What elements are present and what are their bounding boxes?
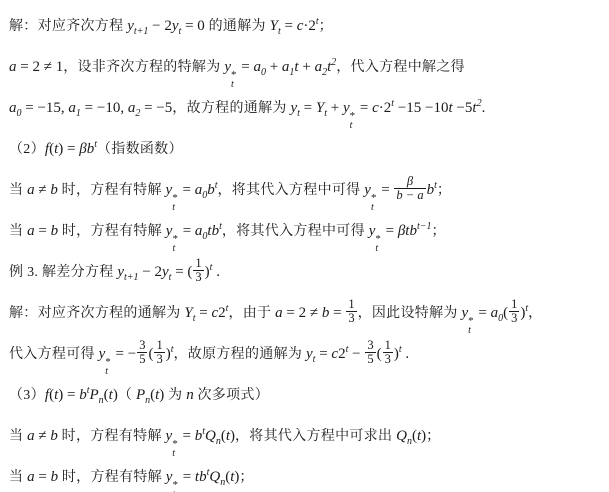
math-normal: ) =: [58, 387, 79, 403]
cjk-text: 时，方程有特解: [58, 183, 166, 198]
math-italic: a: [68, 100, 76, 116]
math-italic: y: [166, 182, 173, 198]
fraction: 13: [346, 298, 356, 325]
cjk-text: ，代入方程中解之得: [336, 60, 465, 75]
math-italic: b: [427, 182, 435, 198]
cjk-text: 当: [9, 429, 27, 444]
math-italic: Y: [184, 305, 192, 321]
text-line: 例 3. 解差分方程 yt+1 − 2yt = (13)t .: [9, 247, 603, 288]
math-italic: n: [186, 387, 194, 403]
math-italic: y: [99, 346, 106, 362]
math-italic: a: [275, 305, 283, 321]
math-normal: = 2 ≠ 1: [17, 59, 64, 75]
fraction-denominator: 3: [346, 311, 356, 325]
cjk-text: ，: [528, 306, 542, 321]
math-italic: y: [166, 469, 173, 485]
fraction-denominator: 3: [383, 352, 393, 366]
text-line: 解：对应齐次方程的通解为 Yt = c2t，由于 a = 2 ≠ b = 13，…: [9, 288, 603, 329]
math-italic: P: [90, 387, 99, 403]
math-italic: βb: [79, 141, 94, 157]
cjk-text: 的通解为: [205, 19, 270, 34]
cjk-text: 当: [9, 224, 27, 239]
fraction-denominator: b − a: [394, 188, 425, 202]
sub-index: t: [468, 326, 471, 336]
fraction-numerator: 3: [365, 339, 375, 352]
fraction: βb − a: [394, 175, 425, 202]
math-italic: y: [162, 264, 169, 280]
cjk-text: ；: [319, 19, 333, 34]
fraction-numerator: 1: [154, 339, 164, 352]
fraction-denominator: 3: [154, 352, 164, 366]
math-normal: ≠: [35, 182, 51, 198]
math-normal: =: [237, 59, 253, 75]
math-italic: c: [372, 100, 379, 116]
fraction-numerator: 1: [383, 339, 393, 352]
math-normal: − 2: [139, 264, 162, 280]
fraction: 13: [193, 257, 203, 284]
fraction: 13: [509, 298, 519, 325]
cjk-text: 时，方程有特解: [58, 224, 166, 239]
cjk-text: ；: [239, 470, 253, 485]
cjk-text: ；: [426, 429, 440, 444]
math-normal: 2: [218, 305, 226, 321]
math-normal: =: [35, 469, 51, 485]
cjk-text: 时，方程有特解: [58, 470, 166, 485]
math-normal: =: [377, 182, 393, 198]
cjk-text: 时，方程有特解: [58, 429, 166, 444]
math-normal: =: [315, 346, 331, 362]
math-italic: a: [9, 59, 17, 75]
cjk-text: 次多项式）: [194, 388, 269, 403]
document-body: 解：对应齐次方程 yt+1 − 2yt = 0 的通解为 Yt = c·2t；a…: [0, 0, 609, 492]
text-line: 当 a ≠ b 时，方程有特解 y*t = a0bt，将其代入方程中可得 y*t…: [9, 165, 603, 206]
cjk-text: ，故原方程的通解为: [173, 347, 306, 362]
math-italic: tb: [195, 469, 207, 485]
text-line: 当 a ≠ b 时，方程有特解 y*t = btQn(t)，将其代入方程中可求出…: [9, 411, 603, 452]
text-line: 当 a = b 时，方程有特解 y*t = a0tbt，将其代入方程中可得 y*…: [9, 206, 603, 247]
math-italic: Q: [209, 469, 220, 485]
cjk-text: ；: [437, 183, 451, 198]
math-italic: a: [315, 59, 323, 75]
math-normal: .: [212, 264, 220, 280]
cjk-text: （: [118, 388, 136, 403]
math-italic: y: [343, 100, 350, 116]
math-normal: =: [300, 100, 316, 116]
fraction-numerator: 1: [193, 257, 203, 270]
math-normal: .: [482, 100, 486, 116]
cjk-text: ，因此设特解为: [358, 306, 462, 321]
math-italic: a: [27, 223, 35, 239]
math-normal: =: [179, 469, 195, 485]
math-normal: =: [475, 305, 491, 321]
math-normal: −15 −10: [394, 100, 448, 116]
math-normal: ·2: [379, 100, 392, 116]
math-italic: y: [369, 223, 376, 239]
math-italic: a: [27, 182, 35, 198]
math-italic: a: [253, 59, 261, 75]
math-italic: b: [51, 223, 59, 239]
text-line: （3）f(t) = btPn(t)（ Pn(t) 为 n 次多项式）: [9, 370, 603, 411]
math-italic: P: [136, 387, 145, 403]
cjk-text: ，将其代入方程中可求出: [235, 429, 396, 444]
math-normal: (: [148, 346, 153, 362]
math-normal: +: [266, 59, 282, 75]
fraction-numerator: β: [405, 175, 415, 188]
math-normal: = −15,: [22, 100, 69, 116]
math-italic: y: [166, 223, 173, 239]
math-italic: b: [79, 387, 87, 403]
math-italic: y: [224, 59, 231, 75]
math-normal: =: [382, 223, 398, 239]
math-italic: Q: [205, 428, 216, 444]
math-normal: (: [377, 346, 382, 362]
fraction-numerator: 1: [346, 298, 356, 311]
text-line: 解：对应齐次方程 yt+1 − 2yt = 0 的通解为 Yt = c·2t；: [9, 1, 603, 42]
math-italic: b: [50, 428, 58, 444]
math-italic: a: [27, 428, 35, 444]
math-normal: +: [327, 100, 343, 116]
cjk-text: 当: [9, 470, 27, 485]
math-italic: b: [207, 182, 215, 198]
superscript: t−1: [417, 221, 432, 232]
fraction-denominator: 3: [509, 311, 519, 325]
cjk-text: 例 3. 解差分方程: [9, 265, 117, 280]
math-normal: =: [329, 305, 345, 321]
sup-sub-stack: *t: [375, 234, 381, 254]
cjk-text: 解：对应齐次方程的通解为: [9, 306, 184, 321]
math-normal: =: [356, 100, 372, 116]
math-italic: y: [172, 18, 179, 34]
cjk-text: ，故方程的通解为: [172, 101, 290, 116]
math-italic: βtb: [398, 223, 417, 239]
math-italic: Y: [270, 18, 278, 34]
cjk-text: 为: [164, 388, 186, 403]
text-line: a = 2 ≠ 1，设非齐次方程的特解为 y*t = a0 + a1t + a2…: [9, 42, 603, 83]
math-italic: y: [166, 428, 173, 444]
cjk-text: ，设非齐次方程的特解为: [63, 60, 224, 75]
math-normal: = −: [112, 346, 136, 362]
math-normal: =: [179, 223, 195, 239]
math-normal: − 2: [148, 18, 171, 34]
fraction-denominator: 5: [137, 352, 147, 366]
math-normal: 2: [338, 346, 346, 362]
sup-sub-stack: *t: [468, 316, 474, 336]
math-italic: a: [491, 305, 499, 321]
math-italic: a: [27, 469, 35, 485]
math-italic: Q: [396, 428, 407, 444]
fraction-denominator: 5: [365, 352, 375, 366]
cjk-text: 解：对应齐次方程: [9, 19, 127, 34]
math-italic: y: [461, 305, 468, 321]
math-normal: ·2: [303, 18, 316, 34]
cjk-text: 代入方程可得: [9, 347, 99, 362]
sub-index: t: [350, 121, 353, 131]
math-normal: (: [503, 305, 508, 321]
cjk-text: （2）: [9, 142, 45, 157]
math-normal: ) =: [58, 141, 79, 157]
cjk-text: （指数函数）: [97, 142, 183, 157]
subscript: t+1: [134, 26, 149, 37]
sub-index: t: [375, 244, 378, 254]
fraction-numerator: 1: [509, 298, 519, 311]
subscript: t+1: [124, 272, 139, 283]
cjk-text: （3）: [9, 388, 45, 403]
text-line: 当 a = b 时，方程有特解 y*t = tbtQn(t)；: [9, 452, 603, 492]
math-normal: = 2 ≠: [283, 305, 322, 321]
sup-sub-stack: *t: [172, 480, 178, 492]
math-normal: =: [35, 223, 51, 239]
math-normal: =: [179, 182, 195, 198]
math-italic: y: [364, 182, 371, 198]
cjk-text: ，由于: [228, 306, 275, 321]
math-normal: =: [179, 428, 195, 444]
math-normal: = −10,: [81, 100, 128, 116]
math-italic: b: [51, 469, 59, 485]
math-italic: y: [306, 346, 313, 362]
math-italic: b: [50, 182, 58, 198]
math-italic: y: [117, 264, 124, 280]
fraction: 13: [154, 339, 164, 366]
fraction: 35: [137, 339, 147, 366]
math-normal: −: [348, 346, 364, 362]
math-normal: =: [281, 18, 297, 34]
cjk-text: ，将其代入方程中可得: [217, 183, 364, 198]
cjk-text: ，将其代入方程中可得: [222, 224, 369, 239]
math-normal: = −5: [140, 100, 172, 116]
text-line: （2）f(t) = βbt（指数函数）: [9, 124, 603, 165]
fraction-numerator: 3: [137, 339, 147, 352]
math-italic: tb: [207, 223, 219, 239]
math-normal: = 0: [181, 18, 204, 34]
fraction-denominator: 3: [193, 270, 203, 284]
text-line: a0 = −15, a1 = −10, a2 = −5，故方程的通解为 yt =…: [9, 83, 603, 124]
math-normal: ≠: [35, 428, 51, 444]
text-line: 代入方程可得 y*t = −35(13)t，故原方程的通解为 yt = c2t …: [9, 329, 603, 370]
math-normal: −5: [453, 100, 473, 116]
math-normal: =: [196, 305, 212, 321]
math-italic: Y: [316, 100, 324, 116]
fraction: 13: [383, 339, 393, 366]
fraction: 35: [365, 339, 375, 366]
cjk-text: 当: [9, 183, 27, 198]
cjk-text: ；: [432, 224, 446, 239]
math-normal: .: [402, 346, 410, 362]
sup-sub-stack: *t: [350, 111, 356, 131]
math-normal: = (: [171, 264, 192, 280]
math-italic: a: [9, 100, 17, 116]
math-italic: y: [127, 18, 134, 34]
math-normal: +: [299, 59, 315, 75]
